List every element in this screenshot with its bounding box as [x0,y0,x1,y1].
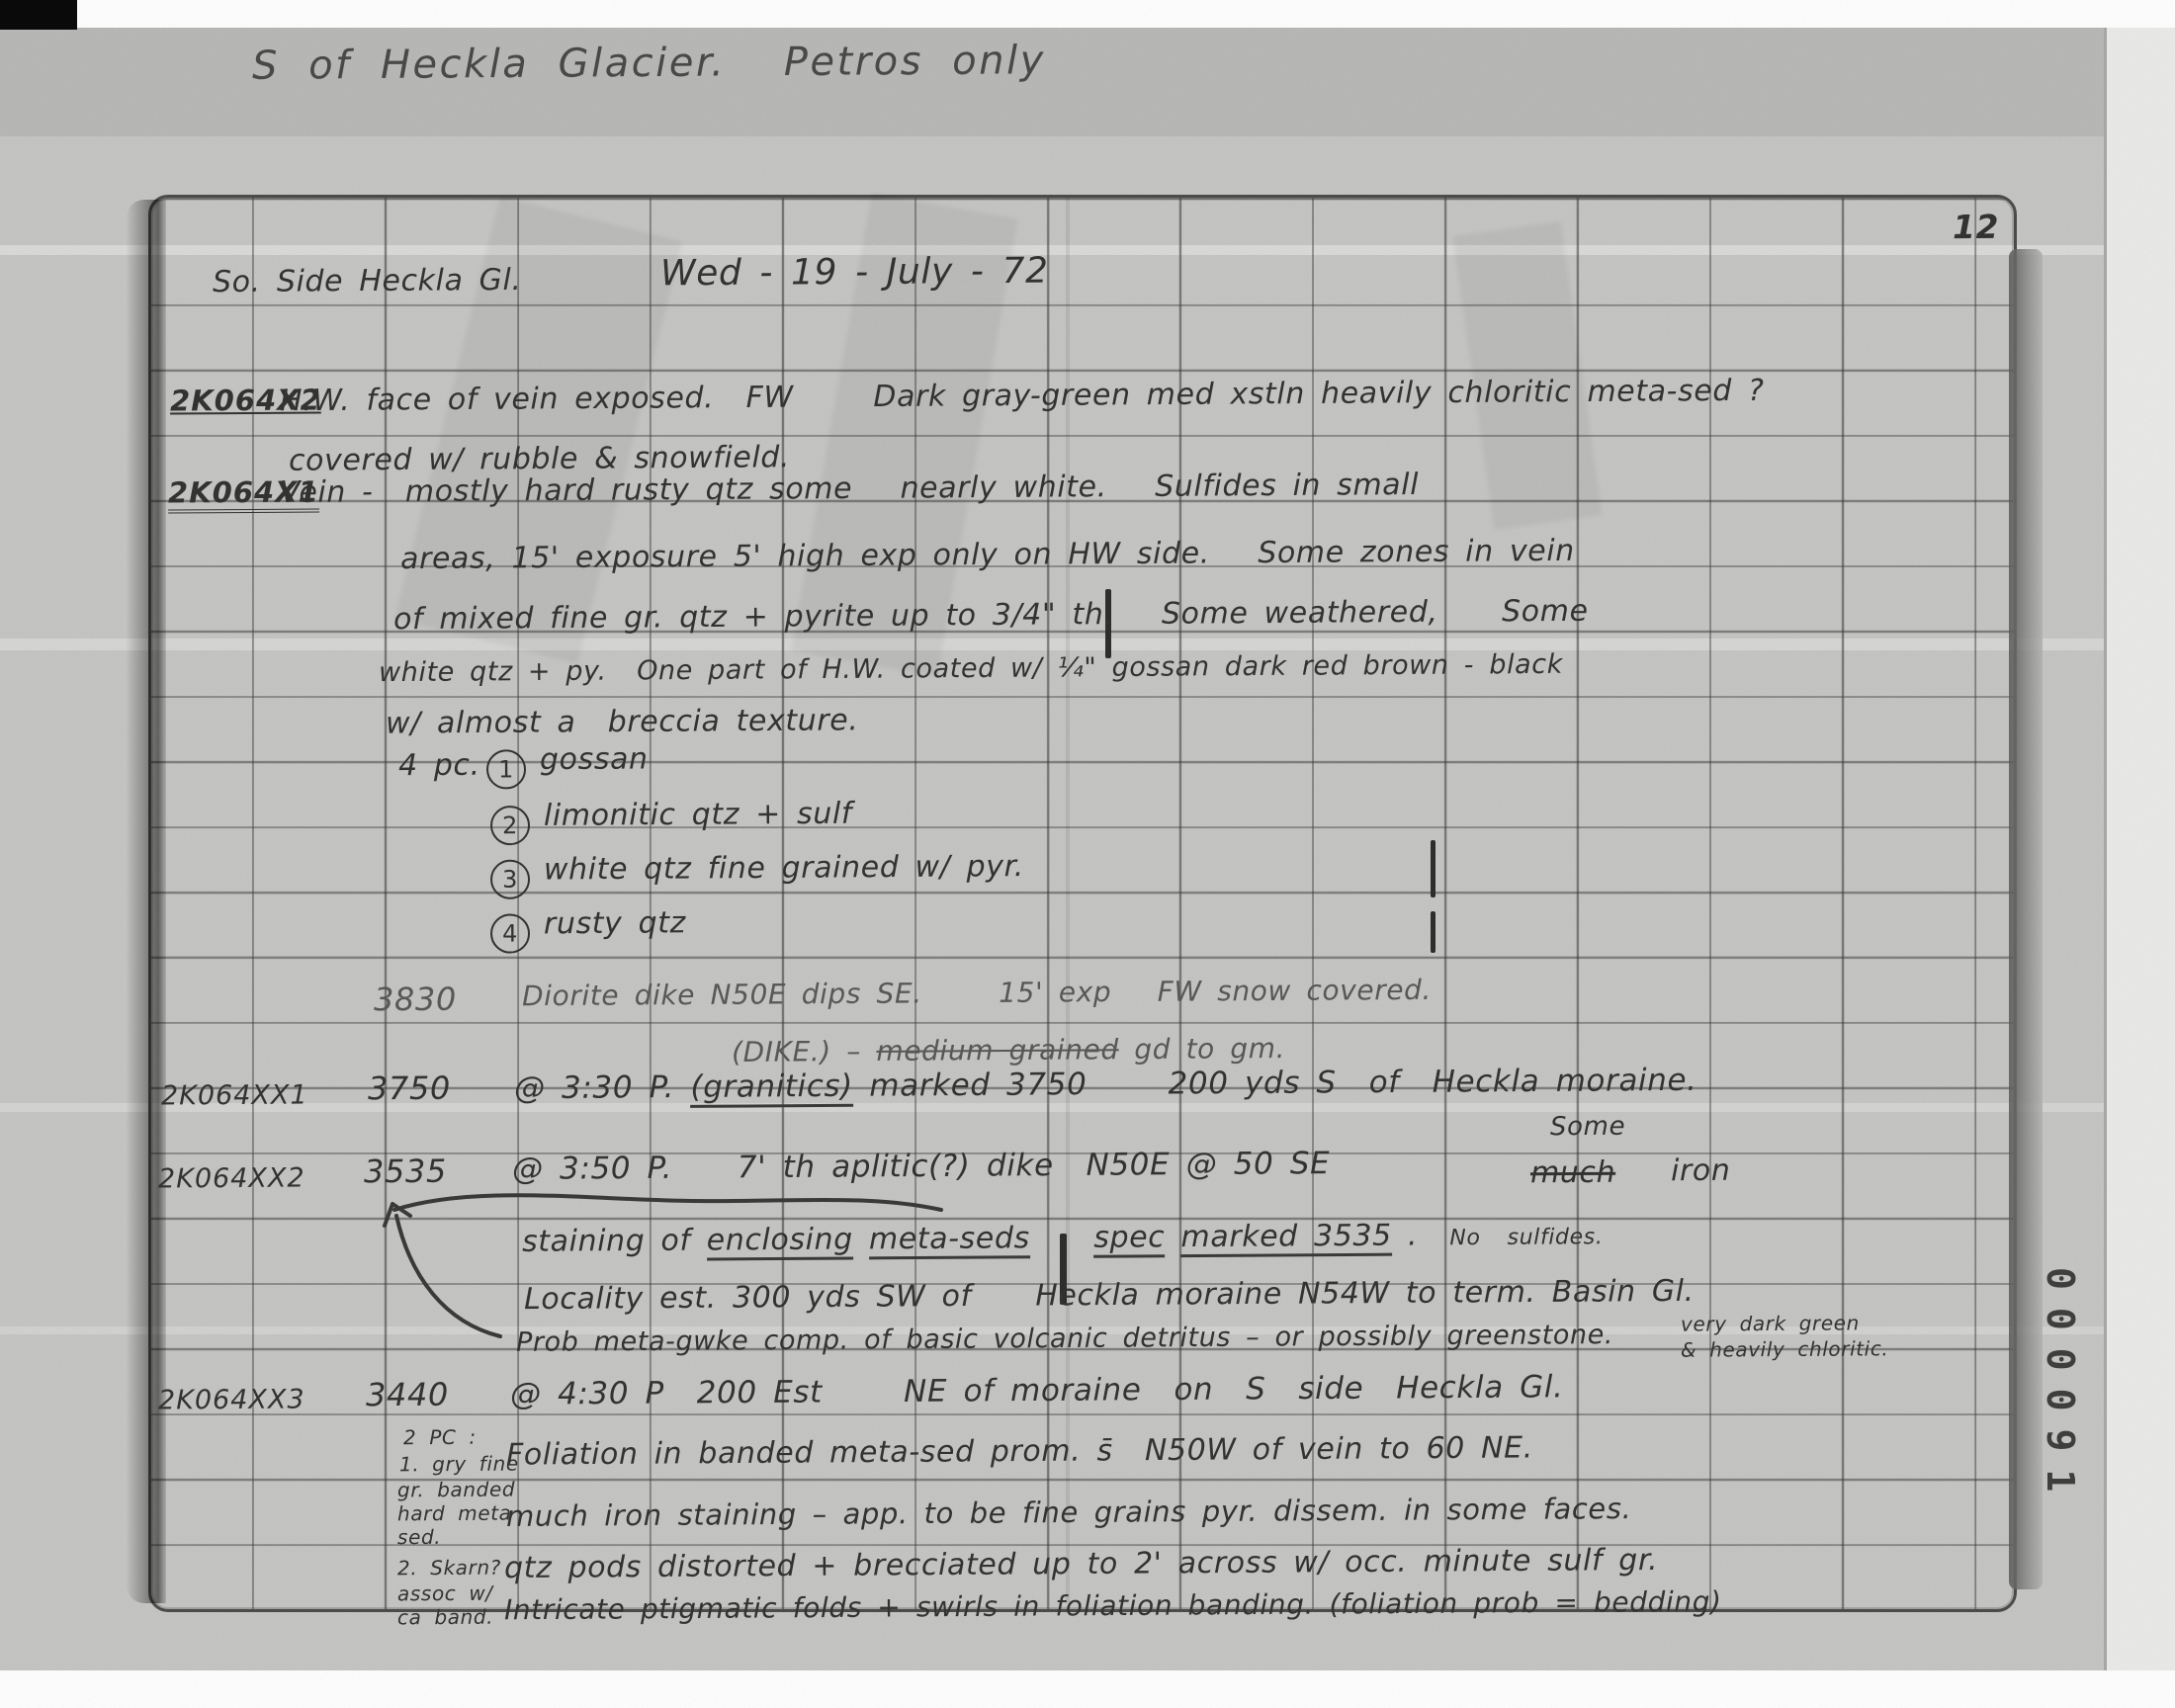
text-segment [853,1222,869,1256]
text-segment: marked 3750 200 yds S of Heckla moraine. [853,1063,1697,1104]
margin-note: assoc w/ [397,1582,493,1605]
sample-item-text: gossan [540,741,649,777]
entry-line: @ 3:50 P. 7' th aplitic(?) dike N50E @ 5… [512,1147,1331,1186]
sample-label: 2K064XX3 [158,1385,305,1415]
underlined-text: enclosing [707,1222,853,1260]
page-number: 12 [1953,210,1999,246]
text-segment: gd to gm. [1119,1032,1286,1066]
margin-note: hard meta [397,1502,512,1525]
sample-item: 1gossan [486,742,649,789]
entry-line: qtz pods distorted + brecciated up to 2'… [504,1544,1658,1584]
heading-location: So. Side Heckla Gl. [213,264,522,299]
margin-note: very dark green [1681,1312,1860,1334]
underlined-text: (granitics) [690,1068,853,1108]
sample-item-text: limonitic qtz + sulf [544,797,852,833]
archive-stamp-number: 000091 [2039,1267,2082,1509]
circled-number: 3 [490,860,530,899]
circled-number: 2 [490,806,530,845]
sample-item: 3white qtz fine grained w/ pyr. [490,850,1024,899]
sample-label: 2K064XX2 [158,1163,305,1194]
text-segment: @ 3:30 P. [514,1069,691,1106]
heading-date: Wed - 19 - July - 72 [660,252,1049,294]
elevation-value: 3440 [366,1378,449,1413]
text-segment [1030,1221,1094,1255]
struck-text: medium grained [876,1033,1119,1067]
struck-text: much [1530,1156,1615,1190]
entry-line: (DIKE.) – medium grained gd to gm. [732,1034,1285,1068]
top-annotation: S of Heckla Glacier. Petros only [252,39,1046,88]
margin-note: ca band. [397,1606,493,1629]
margin-note: 2. Skarn? [397,1557,501,1580]
underlined-text: spec [1093,1220,1165,1258]
sample-item: 4rusty qtz [490,906,686,954]
margin-note: gr. banded [397,1479,515,1501]
entry-line: @ 4:30 P 200 Est NE of moraine on S side… [510,1370,1564,1411]
entry-line: Diorite dike N50E dips SE. 15' exp FW sn… [522,976,1432,1012]
scan-artifact-corner [0,0,77,30]
text-segment: (DIKE.) – [732,1035,877,1068]
sample-item-text: rusty qtz [544,905,686,941]
entry-line: Locality est. 300 yds SW of Heckla morai… [524,1275,1695,1316]
sample-count: 4 pc. [398,749,480,783]
scan-right-strip [2104,28,2175,1670]
underlined-text: marked 3535 [1180,1219,1392,1257]
inserted-word: Some [1550,1113,1625,1142]
elevation-value: 3750 [368,1071,451,1107]
margin-note: 2 PC : [403,1426,477,1449]
entry-line: Foliation in banded meta-sed prom. s̄ N5… [506,1431,1533,1471]
underlined-text: meta-seds [869,1221,1030,1259]
notebook-page-edge [2009,249,2043,1589]
sample-label: 2K064XX1 [161,1080,308,1111]
entry-line: staining of enclosing meta-seds spec mar… [522,1218,1604,1258]
margin-note: sed. [397,1526,441,1548]
entry-line: @ 3:30 P. (granitics) marked 3750 200 yd… [514,1064,1697,1105]
text-segment: . [1392,1218,1450,1252]
circled-number: 1 [486,749,526,789]
scanned-notebook-page: S of Heckla Glacier. Petros only 12 So. … [0,0,2175,1708]
entry-line: Vein - mostly hard rusty qtz some nearly… [280,469,1419,509]
entry-line: w/ almost a breccia texture. [386,704,859,739]
entry-line: of mixed fine gr. qtz + pyrite up to 3/4… [393,595,1589,636]
margin-note: & heavily chloritic. [1681,1337,1888,1360]
text-segment: staining of [522,1224,707,1259]
elevation-value: 3830 [374,982,457,1018]
entry-line: areas, 15' exposure 5' high exp only on … [400,535,1575,575]
small-note: No sulfides. [1449,1225,1603,1250]
sample-item: 2limonitic qtz + sulf [490,798,852,846]
sample-item-text: white qtz fine grained w/ pyr. [544,849,1024,887]
text-segment [1165,1220,1180,1254]
circled-number: 4 [490,914,530,954]
ink-mark [1431,840,1435,897]
entry-line: iron [1671,1154,1731,1187]
ink-mark [1431,911,1435,953]
elevation-value: 3535 [364,1154,447,1190]
margin-note: 1. gry fine [399,1453,519,1476]
